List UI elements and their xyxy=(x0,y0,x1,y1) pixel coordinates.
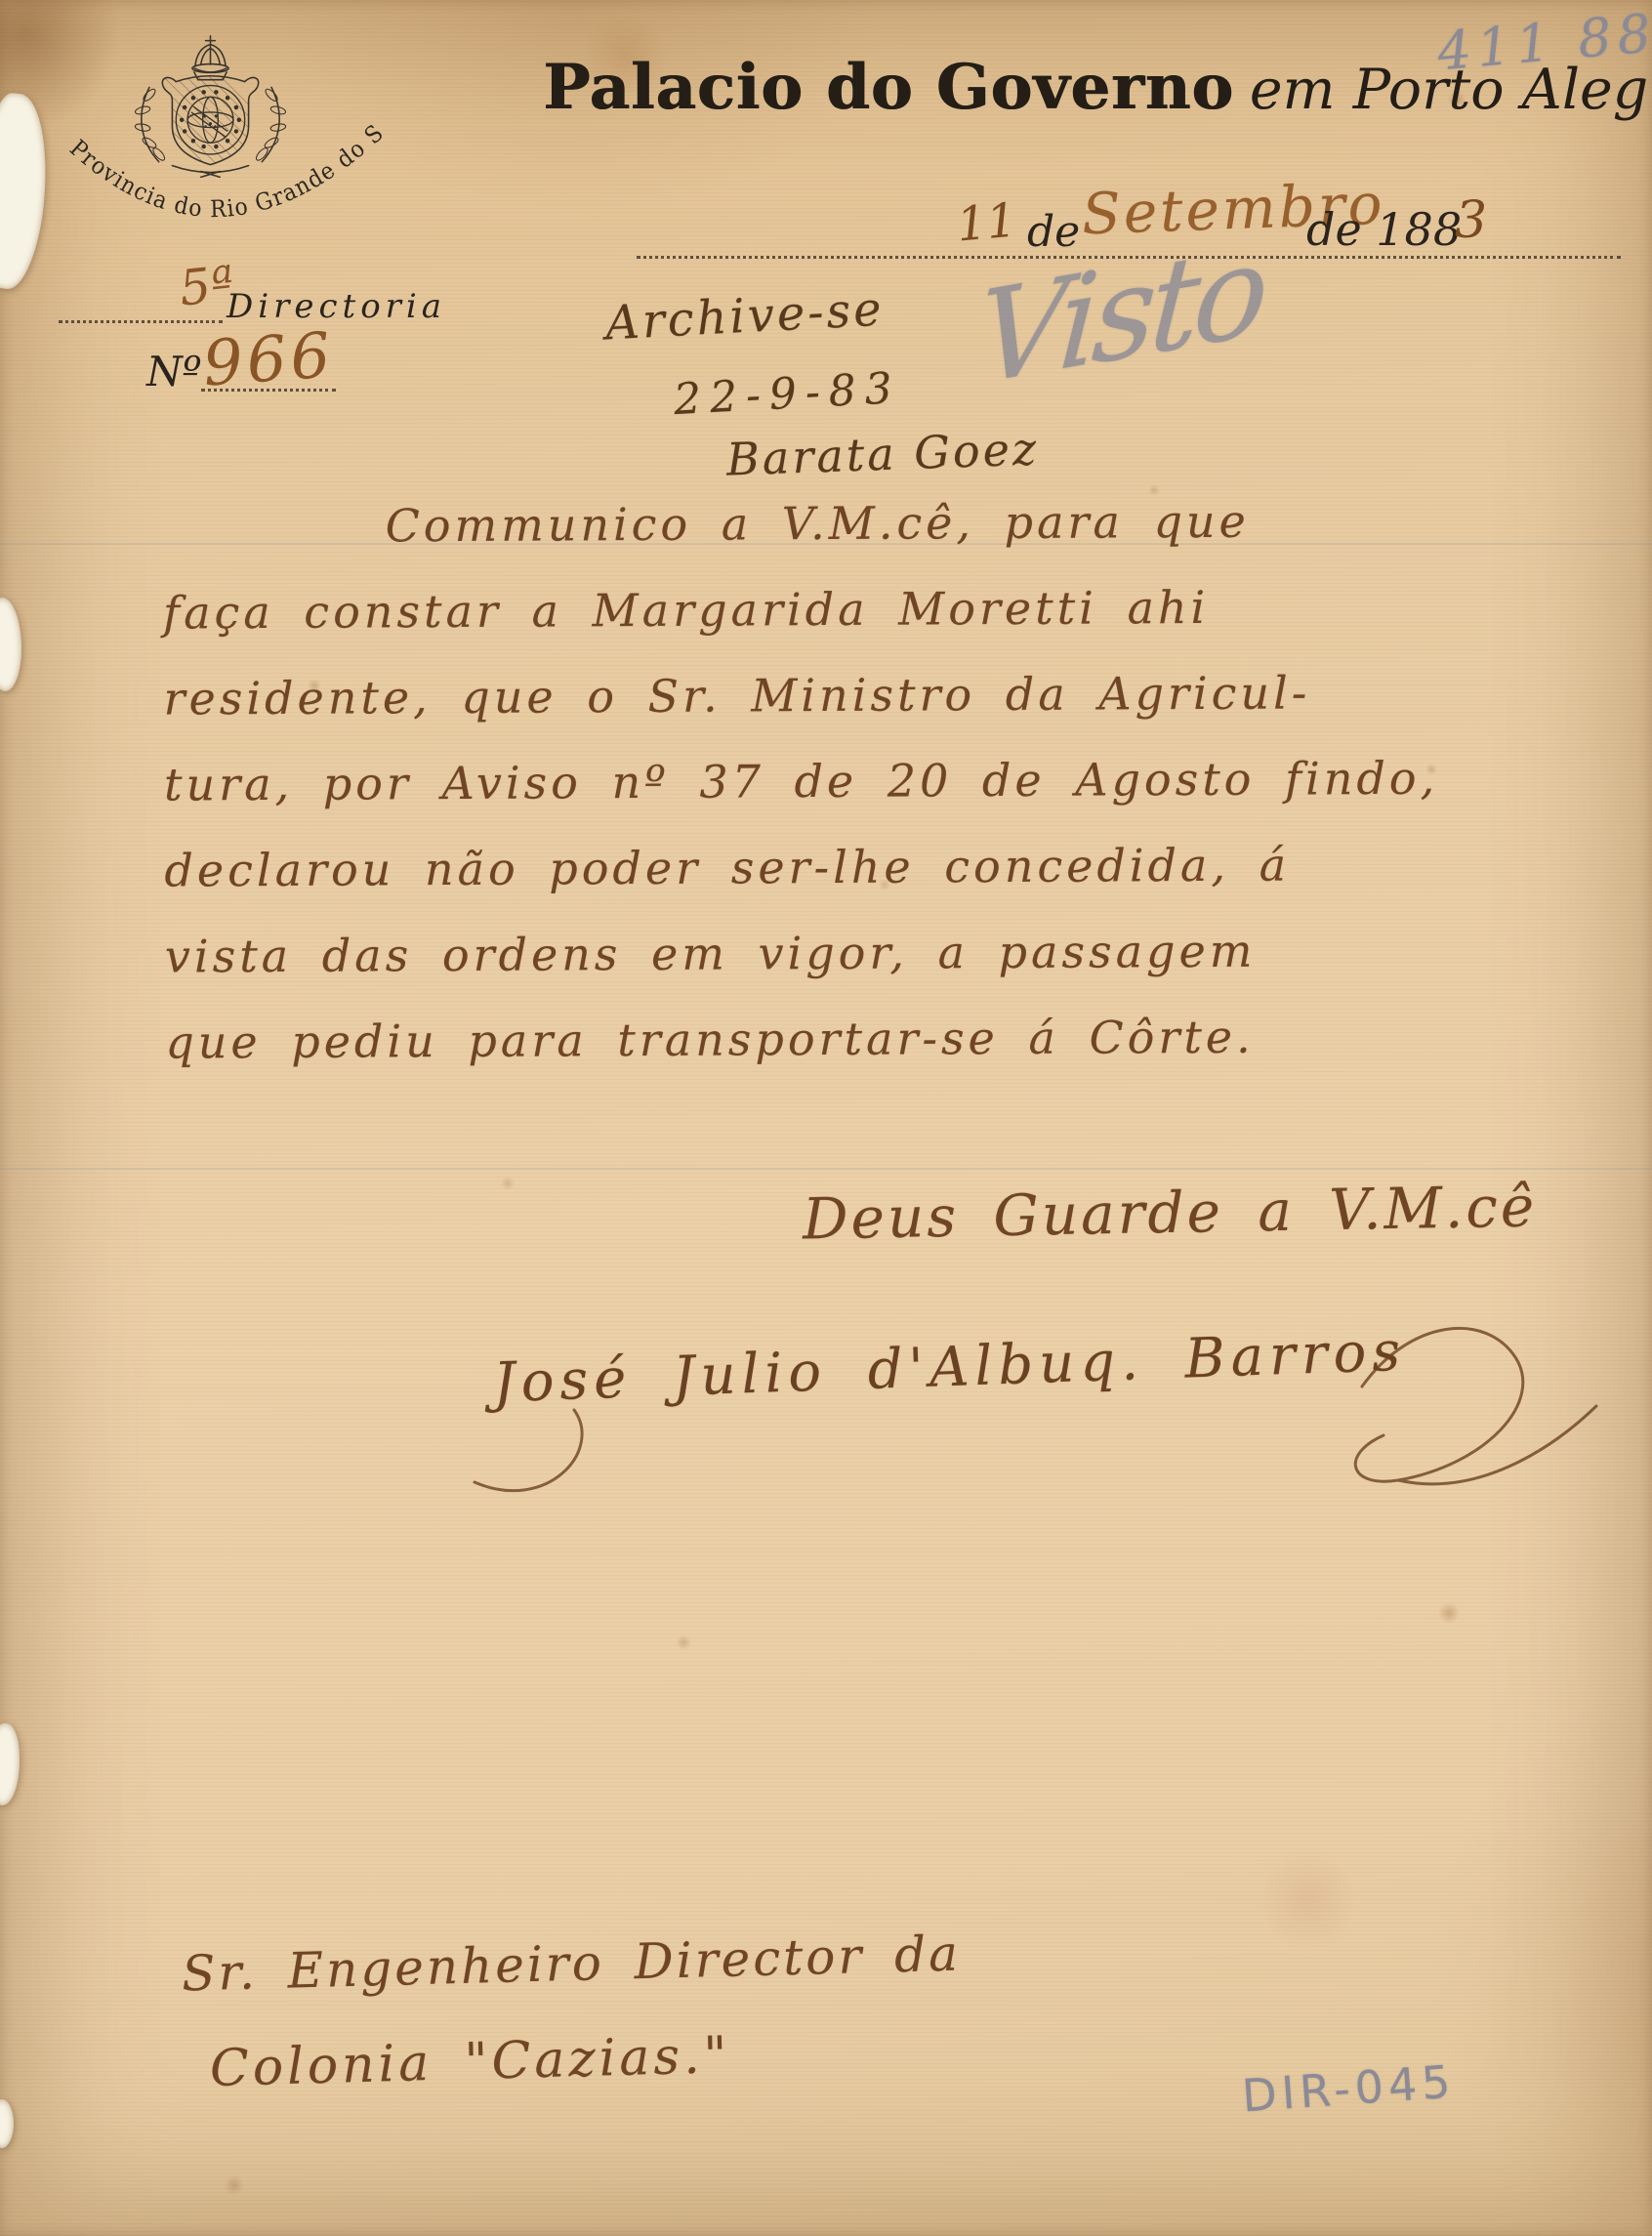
provincial-emblem: Provincia do Rio Grande do Sul. xyxy=(27,31,430,269)
torn-edge xyxy=(0,2099,14,2148)
body-line: faça constar a Margarida Moretti ahi xyxy=(163,562,1491,655)
letterhead-title-blackletter: Palacio do Governo xyxy=(543,51,1234,124)
addressee-line-2: Colonia "Cazias." xyxy=(209,2026,731,2098)
directoria-label: Directoria xyxy=(227,287,446,326)
dir-code-pencil: DIR-045 xyxy=(1240,2054,1457,2122)
directoria-dotted-rule xyxy=(59,320,223,323)
torn-edge xyxy=(0,1723,20,1805)
signature-flourish xyxy=(430,1291,1631,1515)
date-de-printed: de 188 xyxy=(1306,203,1462,256)
letterhead-title-script: em Porto Alegre, xyxy=(1250,58,1652,122)
letterhead-title: Palacio do Governo em Porto Alegre, xyxy=(543,51,1652,124)
process-number-rule xyxy=(201,389,336,392)
body-line: vista das ordens em vigor, a passagem xyxy=(165,906,1493,999)
document-page: 411 883 xyxy=(0,0,1652,2236)
torn-edge xyxy=(0,598,21,691)
body-line: declarou não poder ser-lhe concedida, á xyxy=(164,820,1492,913)
emblem-caption: Provincia do Rio Grande do Sul. xyxy=(27,82,390,223)
date-day: 11 xyxy=(955,192,1019,252)
archive-note-signature: Barata Goez xyxy=(725,422,1040,485)
body-line: que pediu para transportar-se á Côrte. xyxy=(165,992,1493,1085)
guide-line xyxy=(0,1168,1652,1170)
emblem-caption-arc: Provincia do Rio Grande do Sul. xyxy=(27,82,430,268)
svg-text:Provincia do Rio Grande do Sul: Provincia do Rio Grande do Sul. xyxy=(27,82,390,223)
closing-salutation: Deus Guarde a V.M.cê xyxy=(802,1173,1537,1252)
addressee-line-1: Sr. Engenheiro Director da xyxy=(181,1925,961,2003)
body-line: residente, que o Sr. Ministro da Agricul… xyxy=(163,648,1491,741)
body-line: tura, por Aviso nº 37 de 20 de Agosto fi… xyxy=(164,734,1492,827)
archive-note-date: 22-9-83 xyxy=(673,363,902,425)
body-line: Communico a V.M.cê, para que xyxy=(162,476,1490,569)
date-year-digit: 3 xyxy=(1455,191,1487,250)
letter-body: Communico a V.M.cê, para que faça consta… xyxy=(162,476,1493,1085)
archive-note: Archive-se xyxy=(604,282,886,352)
process-number-label: Nº xyxy=(146,348,202,395)
